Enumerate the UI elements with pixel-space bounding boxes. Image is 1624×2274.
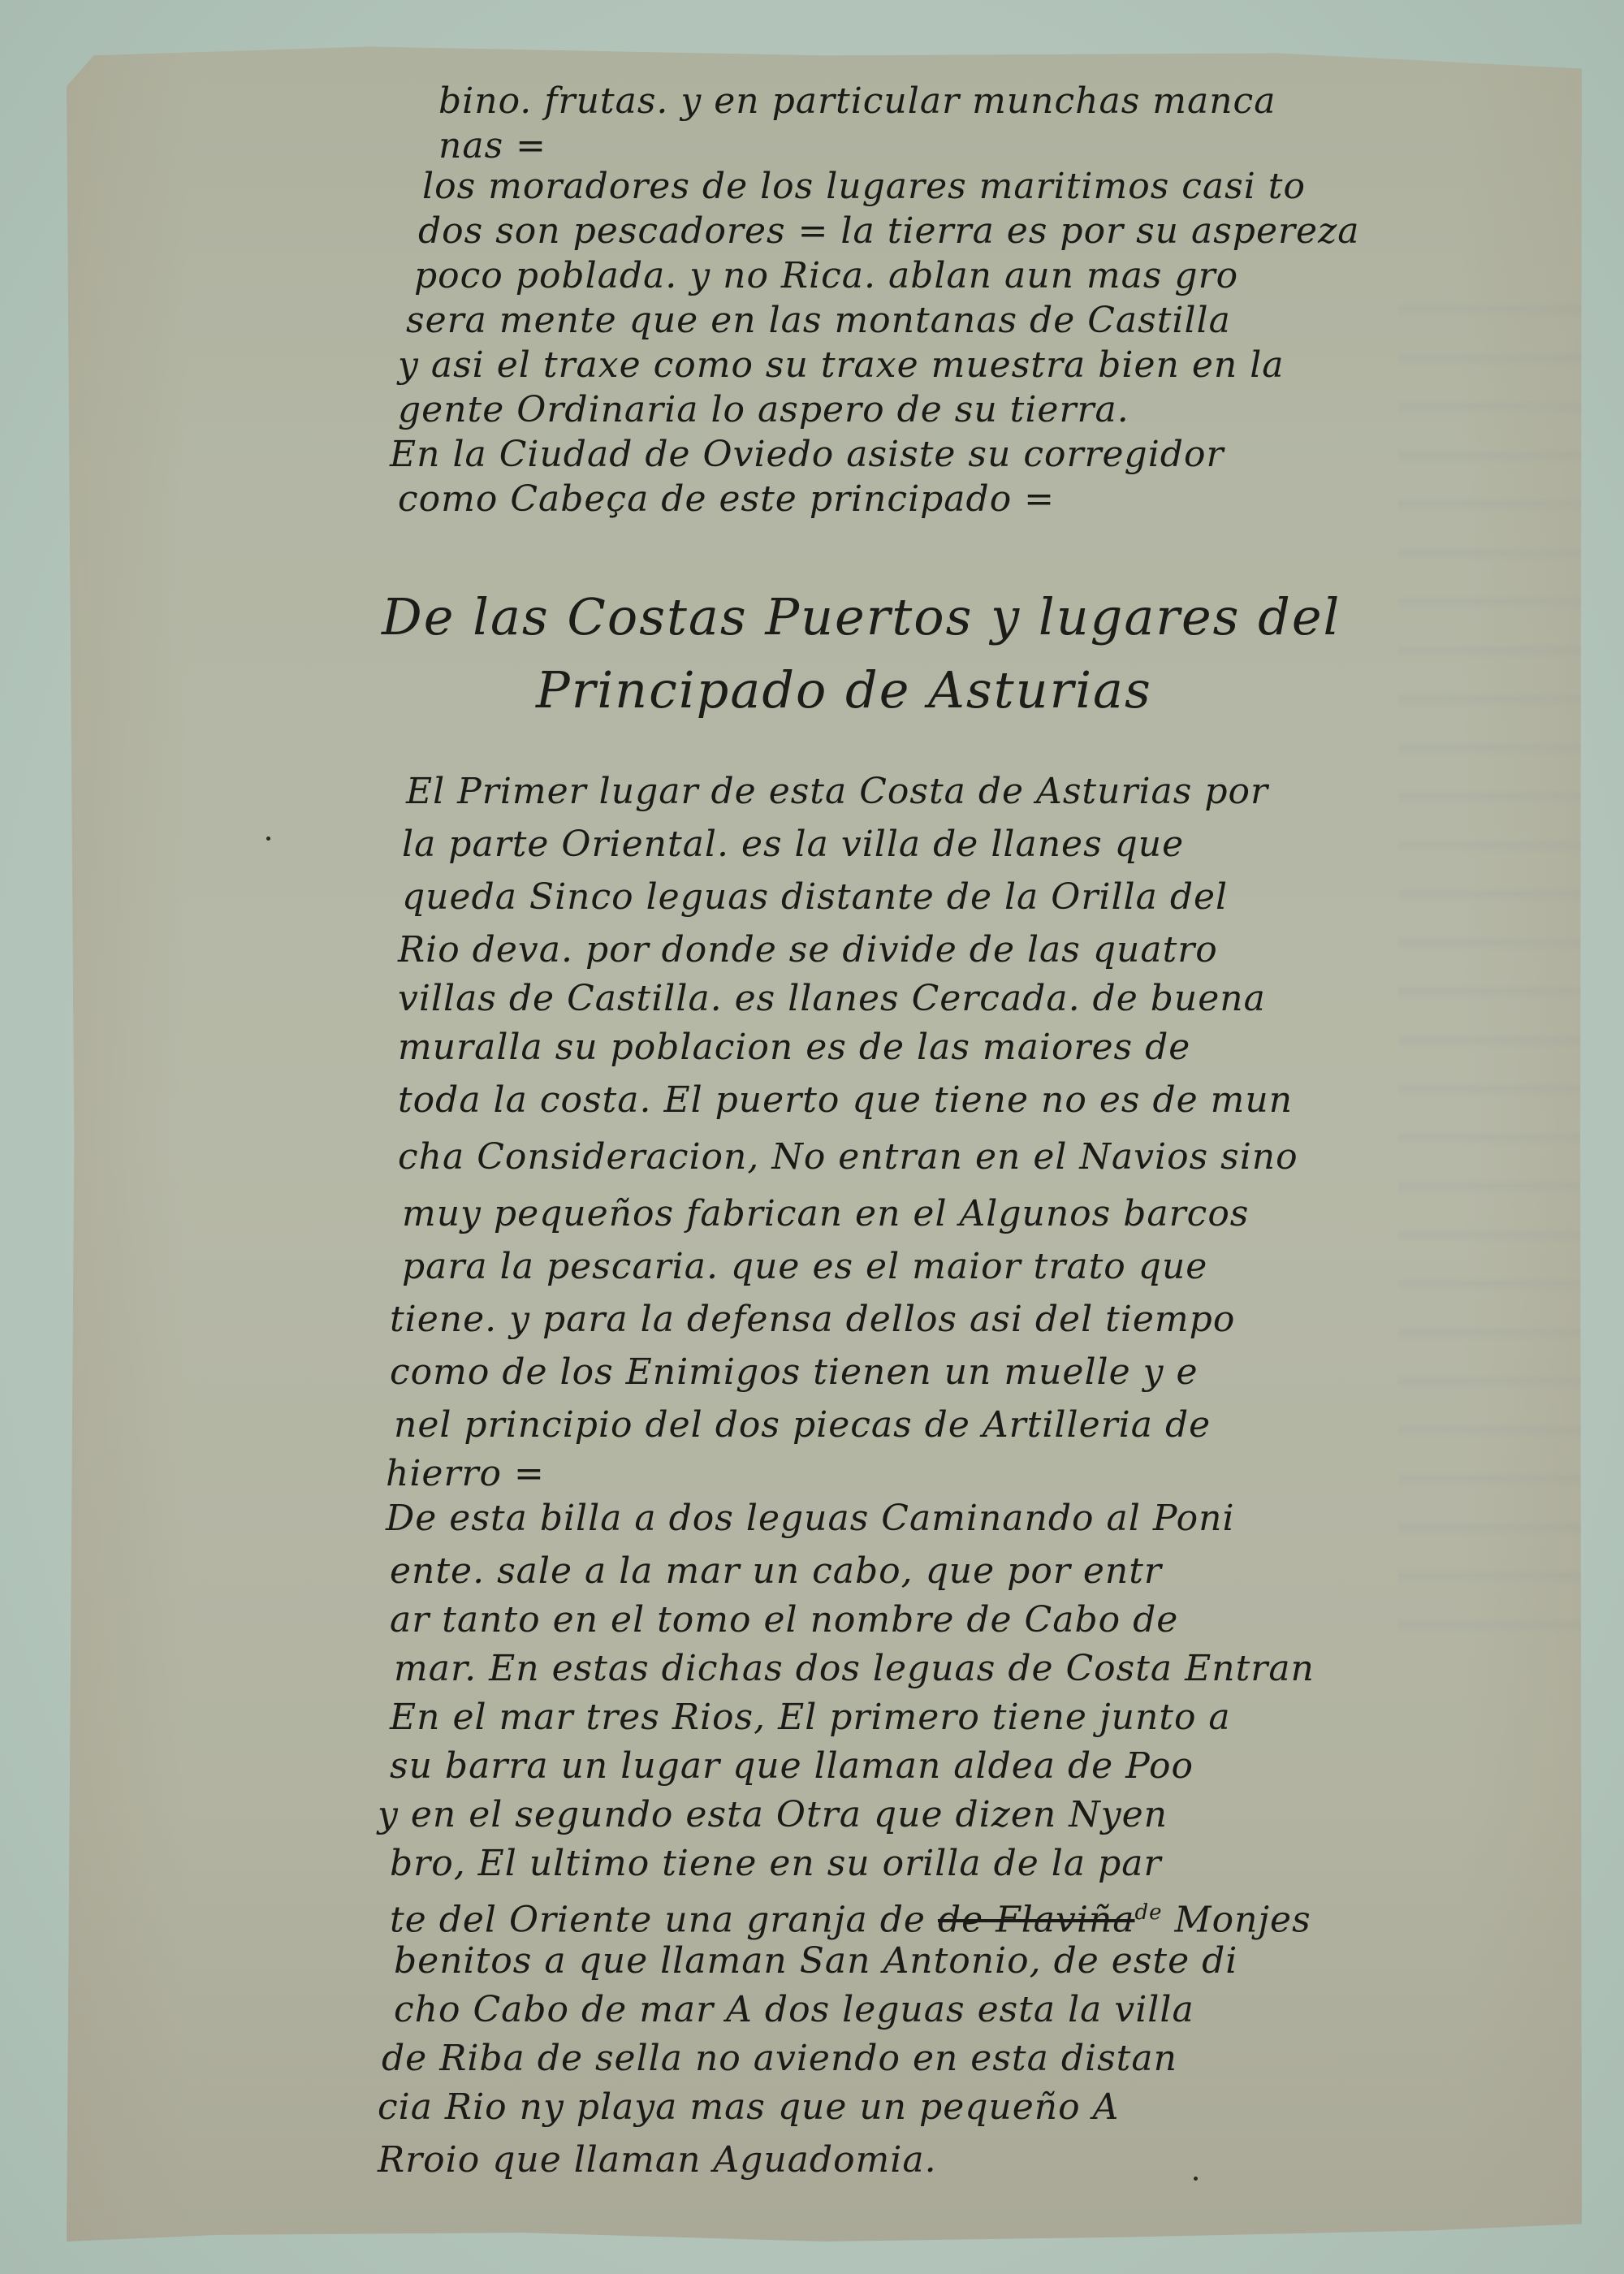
heading-line-1: De las Costas Puertos y lugares del <box>382 585 1341 650</box>
text-line: como Cabeça de este principado = <box>398 475 1055 524</box>
text-line: gente Ordinaria lo aspero de su tierra. <box>398 386 1129 434</box>
struck-word: de Flaviña <box>938 1900 1135 1941</box>
text-line: poco poblada. y no Rica. ablan aun mas g… <box>414 252 1238 300</box>
text-line: En la Ciudad de Oviedo asiste su corregi… <box>390 430 1224 479</box>
text-line: cia Rio ny playa mas que un pequeño A <box>378 2083 1119 2132</box>
text-line: muralla su poblacion es de las maiores d… <box>398 1023 1190 1072</box>
text-line: de Riba de sella no aviendo en esta dist… <box>382 2034 1177 2083</box>
text-line: toda la costa. El puerto que tiene no es… <box>398 1076 1293 1125</box>
ink-speck <box>266 837 270 841</box>
text-line: bro, El ultimo tiene en su orilla de la … <box>390 1840 1162 1888</box>
text-line: bino. frutas. y en particular munchas ma… <box>438 77 1276 126</box>
text-line: ente. sale a la mar un cabo, que por ent… <box>390 1547 1162 1596</box>
inserted-word: de <box>1135 1900 1163 1925</box>
text-line: dos son pescadores = la tierra es por su… <box>418 207 1359 256</box>
text-line: y en el segundo esta Otra que dizen Nyen <box>378 1791 1168 1840</box>
line-text-after: Monjes <box>1175 1900 1311 1941</box>
heading-line-2: Principado de Asturias <box>536 658 1152 723</box>
text-line: los moradores de los lugares maritimos c… <box>422 162 1306 211</box>
text-line: En el mar tres Rios, El primero tiene ju… <box>390 1693 1231 1742</box>
text-line: tiene. y para la defensa dellos asi del … <box>390 1295 1235 1344</box>
text-line: De esta billa a dos leguas Caminando al … <box>386 1494 1235 1543</box>
line-text: te del Oriente una granja de <box>390 1900 926 1941</box>
text-line: para la pescaria. que es el maior trato … <box>402 1243 1207 1291</box>
text-line: muy pequeños fabrican en el Algunos barc… <box>402 1190 1249 1239</box>
text-line: como de los Enimigos tienen un muelle y … <box>390 1348 1199 1397</box>
text-line: nel principio del dos piecas de Artiller… <box>394 1401 1211 1450</box>
text-line: El Primer lugar de esta Costa de Asturia… <box>406 767 1268 816</box>
text-line: villas de Castilla. es llanes Cercada. d… <box>398 975 1266 1023</box>
text-line: cho Cabo de mar A dos leguas esta la vil… <box>394 1986 1194 2034</box>
text-line: hierro = <box>386 1450 545 1498</box>
text-line: Rio deva. por donde se divide de las qua… <box>398 926 1218 975</box>
text-line: Rroio que llaman Aguadomia. <box>378 2136 937 2185</box>
text-line: su barra un lugar que llaman aldea de Po… <box>390 1742 1194 1791</box>
text-line: la parte Oriental. es la villa de llanes… <box>402 820 1184 869</box>
text-line: ar tanto en el tomo el nombre de Cabo de <box>390 1596 1178 1645</box>
ink-speck <box>1194 2177 1198 2181</box>
bleed-through-text <box>1398 270 1609 1650</box>
text-line: sera mente que en las montanas de Castil… <box>406 296 1231 345</box>
text-line: benitos a que llaman San Antonio, de est… <box>394 1937 1237 1986</box>
text-line: cha Consideracion, No entran en el Navio… <box>398 1133 1298 1182</box>
text-line: queda Sinco leguas distante de la Orilla… <box>402 873 1228 922</box>
text-line: y asi el traxe como su traxe muestra bie… <box>398 341 1285 390</box>
text-line: mar. En estas dichas dos leguas de Costa… <box>394 1645 1315 1693</box>
